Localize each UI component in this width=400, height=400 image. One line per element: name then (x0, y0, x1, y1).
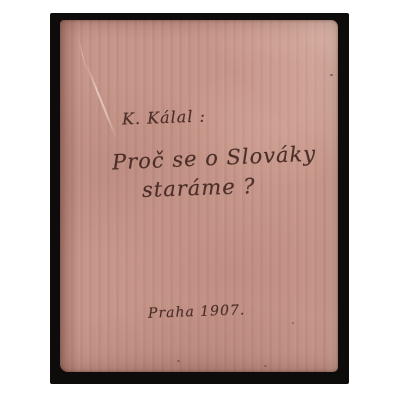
foxing-speck (330, 74, 333, 76)
handwritten-author: K. Kálal : (122, 107, 206, 129)
book-photo: K. Kálal : Proč se o Slováky staráme ? P… (50, 13, 349, 384)
handwritten-title-line-2: staráme ? (142, 174, 256, 202)
paper-crease (85, 63, 117, 139)
book-cover: K. Kálal : Proč se o Slováky staráme ? P… (60, 20, 338, 372)
handwritten-title-line-1: Proč se o Slováky (112, 142, 317, 175)
foxing-speck (177, 360, 180, 362)
screenshot-canvas: K. Kálal : Proč se o Slováky staráme ? P… (0, 0, 400, 400)
foxing-speck (292, 322, 294, 324)
paper-crease-small (78, 38, 87, 71)
handwritten-imprint: Praha 1907. (148, 302, 246, 321)
foxing-speck (264, 365, 267, 367)
